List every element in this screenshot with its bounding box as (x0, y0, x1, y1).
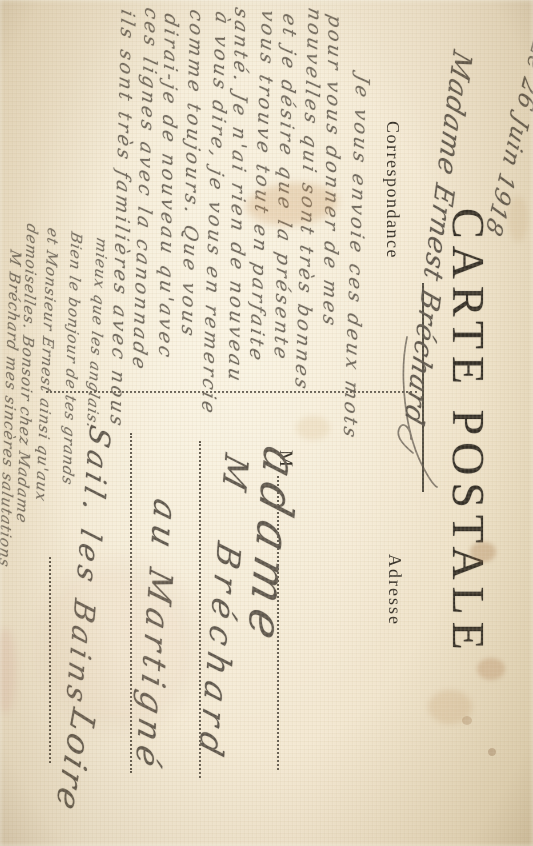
correspondence-label: Correspondance (382, 121, 403, 259)
handwritten-date: Le 26 Juin 1918 (480, 35, 533, 241)
salutation-underline-flourish (393, 335, 441, 490)
address-line-hamlet: au Martigné (128, 495, 185, 778)
postcard-title: CARTE POSTALE (442, 208, 495, 657)
postcard-back: CARTE POSTALE Correspondance Adresse M L… (0, 0, 533, 846)
address-dotted-line-4 (49, 557, 51, 763)
message-line: Je vous envoie ces deux mots (339, 72, 374, 442)
address-label: Adresse (384, 554, 405, 626)
address-line-departement: Loire (48, 703, 103, 819)
postcard-photo: CARTE POSTALE Correspondance Adresse M L… (0, 0, 533, 846)
